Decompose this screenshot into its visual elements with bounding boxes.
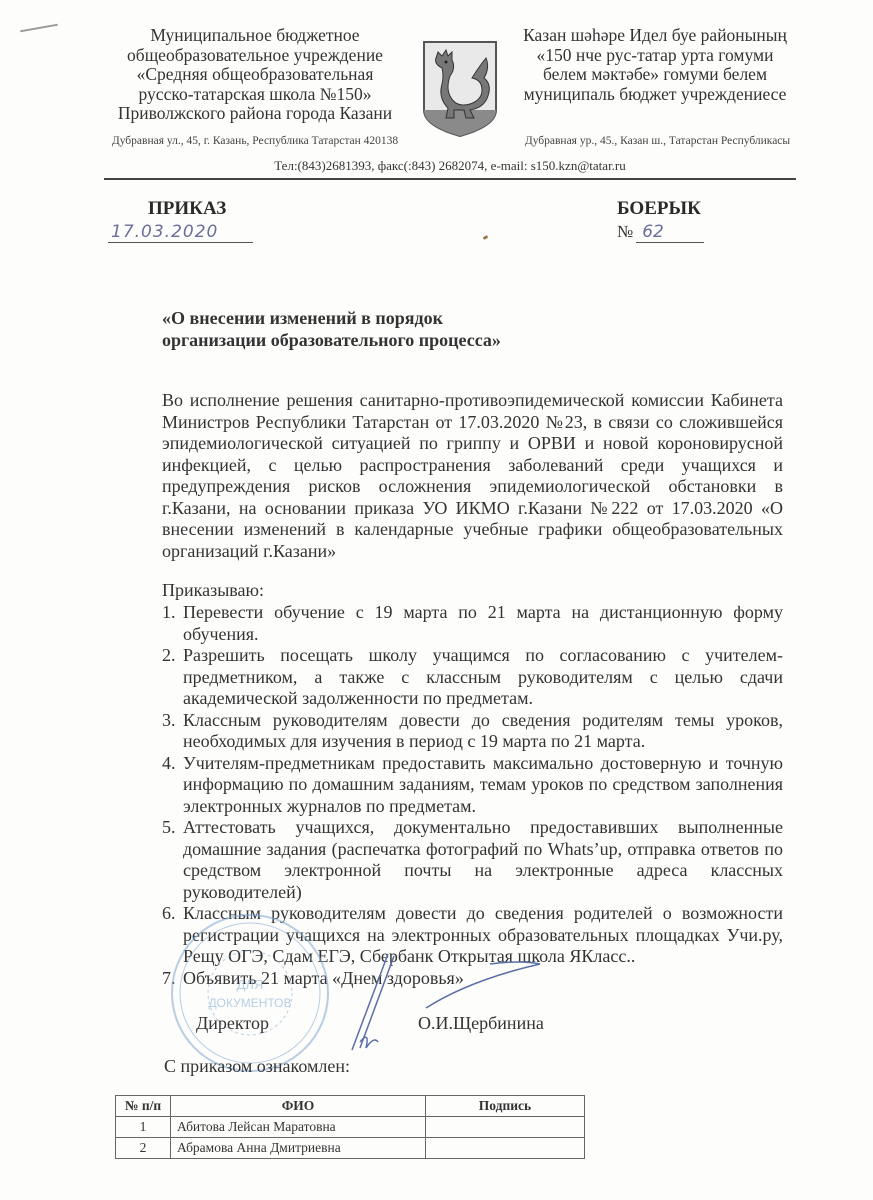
order-date-field: 17.03.2020: [108, 222, 253, 243]
col-header-signature: Подпись: [426, 1096, 585, 1117]
item-text: Перевести обучение с 19 марта по 21 март…: [183, 602, 783, 644]
row-name: Абитова Лейсан Маратовна: [171, 1117, 426, 1138]
subject-line: «О внесении изменений в порядок: [162, 307, 501, 329]
org-line: «150 нче рус-татар урта гомуми: [510, 46, 800, 66]
subject-line: организации образовательного процесса»: [162, 329, 501, 351]
table-row: 1 Абитова Лейсан Маратовна: [116, 1117, 585, 1138]
org-line: муниципаль бюджет учреждениесе: [510, 85, 800, 105]
col-header-name: ФИО: [171, 1096, 426, 1117]
org-line: Приволжского района города Казани: [100, 104, 410, 124]
col-header-number: № п/п: [116, 1096, 171, 1117]
org-line: Казан шәһәре Идел буе районының: [510, 26, 800, 46]
org-line: белем мәктәбе» гомуми белем: [510, 65, 800, 85]
org-line: «Средняя общеобразовательная: [100, 65, 410, 85]
order-item: 3.Классным руководителям довести до свед…: [162, 710, 783, 753]
row-signature: [426, 1138, 585, 1159]
acknowledgement-table: № п/п ФИО Подпись 1 Абитова Лейсан Марат…: [115, 1095, 585, 1159]
table-row: 2 Абрамова Анна Дмитриевна: [116, 1138, 585, 1159]
item-number: 5.: [162, 817, 176, 839]
item-number: 1.: [162, 602, 176, 624]
director-position: Директор: [196, 1013, 269, 1034]
item-text: Аттестовать учащихся, документально пред…: [183, 817, 783, 902]
acknowledgement-label: С приказом ознакомлен:: [164, 1056, 350, 1077]
item-text: Классным руководителям довести до сведен…: [183, 710, 783, 752]
svg-text:ДОКУМЕНТОВ: ДОКУМЕНТОВ: [208, 996, 291, 1010]
order-title-tt: БОЕРЫК: [617, 198, 701, 220]
contact-line: Тел:(843)2681393, факс(:843) 2682074, e-…: [100, 158, 800, 174]
table-header-row: № п/п ФИО Подпись: [116, 1096, 585, 1117]
order-number-field: №62: [617, 222, 704, 242]
order-directive-label: Приказываю:: [162, 580, 264, 601]
svg-text:ДЛЯ: ДЛЯ: [237, 977, 264, 992]
order-subject: «О внесении изменений в порядок организа…: [162, 307, 501, 351]
item-text: Учителям-предметникам предоставить макси…: [183, 753, 783, 816]
kazan-coat-of-arms-icon: [420, 38, 500, 138]
official-stamp-icon: ДЛЯ ДОКУМЕНТОВ: [150, 905, 350, 1075]
address-ru: Дубравная ул., 45, г. Казань, Республика…: [100, 135, 410, 147]
item-text: Разрешить посещать школу учащимся по сог…: [183, 645, 783, 708]
order-item: 1.Перевести обучение с 19 марта по 21 ма…: [162, 602, 783, 645]
number-sign: №: [617, 222, 633, 241]
director-name: О.И.Щербинина: [418, 1013, 544, 1034]
row-number: 2: [116, 1138, 171, 1159]
order-item: 2.Разрешить посещать школу учащимся по с…: [162, 645, 783, 710]
org-line: общеобразовательное учреждение: [100, 46, 410, 66]
org-name-ru: Муниципальное бюджетное общеобразователь…: [100, 26, 410, 124]
row-number: 1: [116, 1117, 171, 1138]
order-number-value: 62: [636, 222, 704, 243]
address-tt: Дубравная ур., 45., Казан ш., Татарстан …: [515, 135, 800, 147]
order-title-ru: ПРИКАЗ: [148, 198, 226, 220]
scan-artifact-mark: [20, 24, 58, 33]
director-signature-icon: [330, 950, 630, 1060]
org-line: Муниципальное бюджетное: [100, 26, 410, 46]
item-number: 3.: [162, 710, 176, 732]
preamble-paragraph: Во исполнение решения санитарно-противоэ…: [162, 390, 783, 562]
ink-blot: [483, 235, 489, 240]
item-number: 2.: [162, 645, 176, 667]
row-signature: [426, 1117, 585, 1138]
item-number: 4.: [162, 753, 176, 775]
org-line: русско-татарская школа №150»: [100, 85, 410, 105]
row-name: Абрамова Анна Дмитриевна: [171, 1138, 426, 1159]
order-item: 4.Учителям-предметникам предоставить мак…: [162, 753, 783, 818]
header-divider: [104, 178, 796, 180]
order-item: 5.Аттестовать учащихся, документально пр…: [162, 817, 783, 903]
org-name-tt: Казан шәһәре Идел буе районының «150 нче…: [510, 26, 800, 104]
